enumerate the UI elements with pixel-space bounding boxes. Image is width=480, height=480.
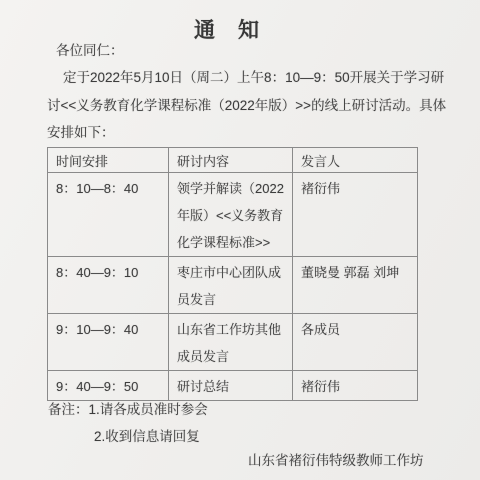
signature: 山东省褚衍伟特级教师工作坊 bbox=[248, 449, 424, 469]
cell-content: 枣庄市中心团队成员发言 bbox=[169, 257, 293, 314]
cell-time: 9：10—9：40 bbox=[48, 314, 169, 371]
body-paragraph: 定于2022年5月10日（周二）上午8：10—9：50开展关于学习研 讨<<义务… bbox=[47, 64, 447, 147]
table-row: 8：10—8：40 领学并解读（2022年版）<<义务教育化学课程标准>> 褚衍… bbox=[48, 173, 418, 257]
header-cell-time: 时间安排 bbox=[48, 148, 169, 173]
header-cell-content: 研讨内容 bbox=[169, 148, 293, 173]
body-line-2: 讨<<义务教育化学课程标准（2022年版）>>的线上研讨活动。具体 bbox=[47, 92, 447, 120]
header-cell-speaker: 发言人 bbox=[293, 148, 418, 173]
table-row: 9：10—9：40 山东省工作坊其他成员发言 各成员 bbox=[48, 314, 418, 371]
cell-speaker: 褚衍伟 bbox=[293, 173, 418, 257]
cell-content: 领学并解读（2022年版）<<义务教育化学课程标准>> bbox=[169, 173, 293, 257]
cell-speaker: 各成员 bbox=[293, 314, 418, 371]
table-row: 9：40—9：50 研讨总结 褚衍伟 bbox=[48, 371, 418, 401]
schedule-table: 时间安排 研讨内容 发言人 8：10—8：40 领学并解读（2022年版）<<义… bbox=[47, 147, 418, 401]
cell-content: 山东省工作坊其他成员发言 bbox=[169, 314, 293, 371]
cell-time: 8：10—8：40 bbox=[48, 173, 169, 257]
salutation: 各位同仁： bbox=[56, 39, 124, 59]
cell-content: 研讨总结 bbox=[169, 371, 293, 401]
cell-speaker: 褚衍伟 bbox=[293, 371, 418, 401]
table-row: 8：40—9：10 枣庄市中心团队成员发言 董晓曼 郭磊 刘坤 bbox=[48, 257, 418, 314]
body-line-1: 定于2022年5月10日（周二）上午8：10—9：50开展关于学习研 bbox=[47, 64, 447, 92]
body-line-3: 安排如下： bbox=[47, 119, 447, 147]
cell-time: 9：40—9：50 bbox=[48, 371, 169, 401]
notice-document-photo: 通 知 各位同仁： 定于2022年5月10日（周二）上午8：10—9：50开展关… bbox=[0, 0, 480, 480]
cell-speaker: 董晓曼 郭磊 刘坤 bbox=[293, 257, 418, 314]
remark-line-1: 备注：1.请各成员准时参会 bbox=[48, 398, 208, 418]
cell-time: 8：40—9：10 bbox=[48, 257, 169, 314]
table-header-row: 时间安排 研讨内容 发言人 bbox=[48, 148, 418, 173]
remark-line-2: 2.收到信息请回复 bbox=[94, 425, 200, 445]
